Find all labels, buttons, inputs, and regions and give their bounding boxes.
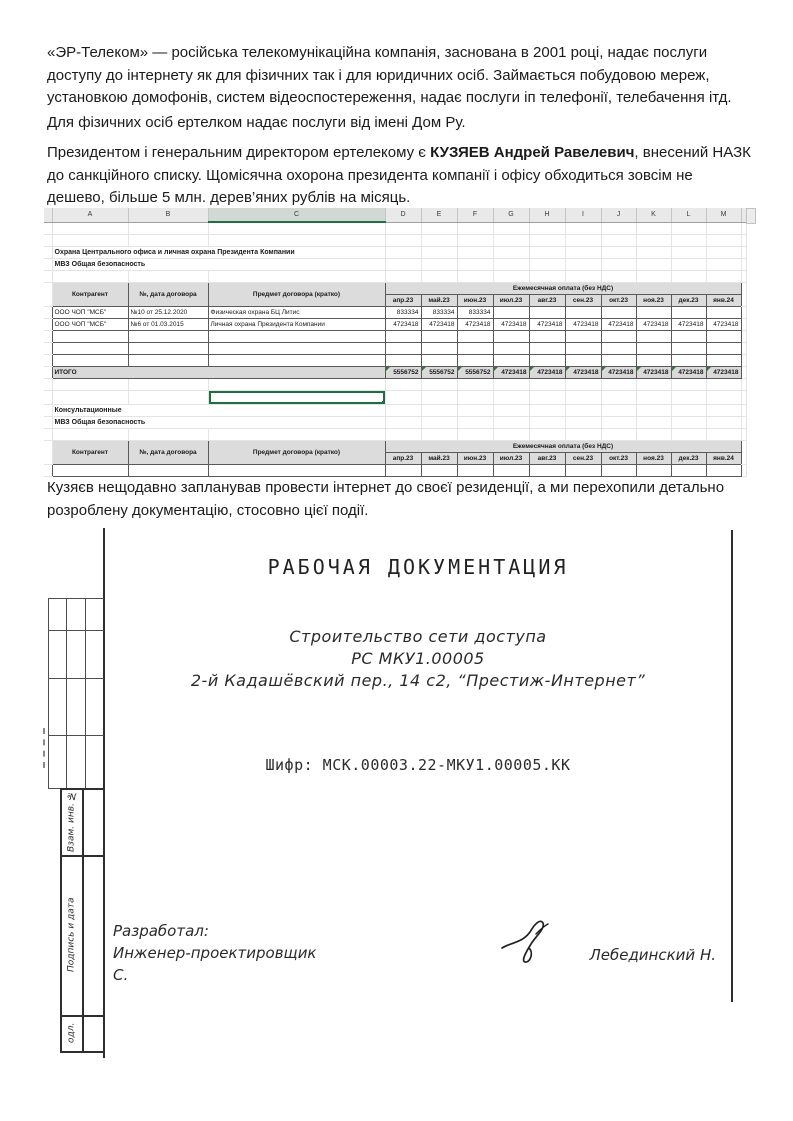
sheet-cell: [741, 391, 746, 405]
total-value-cell: 4723418: [671, 367, 706, 379]
cell-contractor: ООО ЧОП "МСБ": [52, 307, 128, 319]
sheet-cell: [52, 222, 128, 235]
cell-contract: №10 от 25.12.2020: [128, 307, 208, 319]
total-value-cell: 4723418: [529, 367, 565, 379]
sheet-cell: [208, 271, 385, 283]
signer-name: Лебединский Н.: [104, 946, 716, 964]
month-header-cell: янв.24: [706, 453, 741, 465]
sheet-cell: [421, 429, 457, 441]
sheet-cell: [529, 379, 565, 391]
sheet-cell: [385, 259, 421, 271]
section-title-cell: МВЗ Общая безопасность: [52, 259, 385, 271]
sheet-cell: [565, 429, 601, 441]
sheet-cell: [706, 391, 741, 405]
sheet-cell: [636, 271, 671, 283]
stamp-cell-line: [82, 788, 84, 1053]
cell-month-value: 4723418: [421, 319, 457, 331]
stamp-grid-line: [85, 598, 86, 788]
sheet-cell: [636, 465, 671, 477]
sheet-cell: [208, 331, 385, 343]
sheet-cell: [457, 405, 493, 417]
cell-month-value: [706, 307, 741, 319]
sheet-gutter: [44, 355, 52, 367]
month-header-cell: ноя.23: [636, 295, 671, 307]
sheet-corner: [44, 208, 52, 222]
sheet-gutter: [44, 429, 52, 441]
stamp-label-podpis: Подпись и дата: [61, 857, 82, 1013]
sheet-cell: [741, 355, 746, 367]
sheet-cell: [636, 391, 671, 405]
sheet-cell: [565, 379, 601, 391]
sheet-cell: [493, 379, 529, 391]
sheet-cell: [741, 465, 746, 477]
sheet-cell: [457, 379, 493, 391]
sheet-cell: [128, 379, 208, 391]
sheet-cell: [493, 259, 529, 271]
sheet-gutter: [44, 283, 52, 307]
sheet-cell: [741, 367, 746, 379]
sheet-cell: [636, 417, 671, 429]
sheet-cell: [385, 429, 421, 441]
sheet-cell: [421, 247, 457, 259]
paragraph-domru: Для фізичних осіб ертелком надає послуги…: [47, 112, 753, 135]
sheet-cell: [741, 247, 746, 259]
stamp-cell-line: [60, 1051, 104, 1053]
sheet-cell: [493, 429, 529, 441]
cell-month-value: 833334: [421, 307, 457, 319]
col-letter-cell: C: [208, 208, 385, 222]
sheet-cell: [706, 343, 741, 355]
col-letter-cell: J: [601, 208, 636, 222]
sheet-cell: [128, 271, 208, 283]
sheet-cell: [671, 222, 706, 235]
sheet-cell: [421, 331, 457, 343]
sheet-cell: [457, 331, 493, 343]
excel-sheet: ABCDEFGHIJKLMОхрана Центрального офиса и…: [44, 208, 747, 477]
sheet-gutter: [44, 235, 52, 247]
sheet-cell: [671, 429, 706, 441]
sheet-cell: [565, 331, 601, 343]
sheet-cell: [421, 355, 457, 367]
sheet-cell: [741, 307, 746, 319]
sheet-cell: [529, 465, 565, 477]
header-monthly: Ежемесячная оплата (без НДС): [385, 441, 741, 453]
col-letter-cell: I: [565, 208, 601, 222]
col-letter-cell: F: [457, 208, 493, 222]
sheet-cell: [565, 235, 601, 247]
sheet-cell: [493, 343, 529, 355]
cell-month-value: 4723418: [636, 319, 671, 331]
sheet-cell: [741, 379, 746, 391]
sheet-cell: [128, 331, 208, 343]
sheet-gutter: [44, 343, 52, 355]
sheet-cell: [385, 271, 421, 283]
header-monthly: Ежемесячная оплата (без НДС): [385, 283, 741, 295]
sheet-cell: [671, 259, 706, 271]
stamp-label-vzam: Взам. инв. №: [61, 790, 82, 853]
cell-month-value: [565, 307, 601, 319]
sheet-cell: [565, 271, 601, 283]
cell-month-value: [636, 307, 671, 319]
month-header-cell: авг.23: [529, 295, 565, 307]
doc-subtitle: Строительство сети доступа РС МКУ1.00005…: [104, 626, 732, 692]
sheet-cell: [421, 271, 457, 283]
sheet-cell: [208, 379, 385, 391]
sheet-cell: [208, 429, 385, 441]
sheet-cell: [706, 417, 741, 429]
sheet-cell: [636, 247, 671, 259]
sheet-cell: [493, 271, 529, 283]
sheet-cell: [741, 343, 746, 355]
stamp-grid-line: [48, 598, 49, 788]
sheet-cell: [493, 417, 529, 429]
sheet-cell: [565, 343, 601, 355]
sheet-cell: [208, 465, 385, 477]
sheet-cell: [385, 391, 421, 405]
sheet-cell: [706, 429, 741, 441]
month-header-cell: сен.23: [565, 295, 601, 307]
cell-month-value: [601, 307, 636, 319]
sheet-cell: [706, 331, 741, 343]
sheet-cell: [128, 222, 208, 235]
paragraph-president-pre: Президентом і генеральним директором ерт…: [47, 144, 430, 161]
month-header-cell: июн.23: [457, 453, 493, 465]
developed-label: Разработал:: [113, 920, 317, 942]
paragraph-residence: Кузяєв нещодавно запланував провести інт…: [47, 477, 753, 522]
sheet-cell: [52, 379, 128, 391]
sheet-cell: [529, 343, 565, 355]
sheet-cell: [493, 391, 529, 405]
sheet-cell: [385, 379, 421, 391]
cell-month-value: 833334: [457, 307, 493, 319]
total-value-cell: 4723418: [706, 367, 741, 379]
header-subject: Предмет договора (кратко): [208, 283, 385, 307]
sheet-cell: [706, 271, 741, 283]
sheet-cell: [529, 405, 565, 417]
doc-subtitle-line3: 2-й Кадашёвский пер., 14 с2, “Престиж-Ин…: [104, 670, 732, 692]
month-header-cell: окт.23: [601, 453, 636, 465]
sheet-cell: [52, 271, 128, 283]
sheet-cell: [457, 391, 493, 405]
sheet-cell: [128, 355, 208, 367]
sheet-cell: [457, 417, 493, 429]
sheet-cell: [421, 391, 457, 405]
sheet-cell: [601, 391, 636, 405]
sheet-cell: [671, 343, 706, 355]
sheet-cell: [457, 355, 493, 367]
sheet-cell: [457, 247, 493, 259]
sheet-cell: [671, 235, 706, 247]
cell-month-value: 4723418: [565, 319, 601, 331]
cell-contract: №6 от 01.03.2015: [128, 319, 208, 331]
sheet-cell: [128, 391, 208, 405]
sheet-cell: [636, 429, 671, 441]
section-title-cell: Консультационные: [52, 405, 385, 417]
total-value-cell: 4723418: [601, 367, 636, 379]
cell-month-value: 4723418: [601, 319, 636, 331]
col-letter-cell: G: [493, 208, 529, 222]
sheet-cell: [52, 429, 128, 441]
cell-month-value: 4723418: [457, 319, 493, 331]
sheet-cell: [565, 465, 601, 477]
paragraph-intro: «ЭР-Телеком» — російська телекомунікацій…: [47, 42, 753, 110]
sheet-cell: [493, 331, 529, 343]
sheet-cell: [671, 247, 706, 259]
sheet-cell: [671, 465, 706, 477]
col-letter-cell: K: [636, 208, 671, 222]
cell-month-value: [529, 307, 565, 319]
sheet-cell: [385, 235, 421, 247]
sheet-cell: [671, 271, 706, 283]
sheet-cell: [385, 355, 421, 367]
cell-contractor: ООО ЧОП "МСБ": [52, 319, 128, 331]
sheet-cell: [636, 405, 671, 417]
sheet-cell: [52, 355, 128, 367]
total-value-cell: 4723418: [636, 367, 671, 379]
sheet-cell: [128, 235, 208, 247]
cell-month-value: [671, 307, 706, 319]
header-contractor: Контрагент: [52, 441, 128, 465]
sheet-cell: [706, 379, 741, 391]
month-header-cell: сен.23: [565, 453, 601, 465]
sheet-gutter: [44, 331, 52, 343]
sheet-cell: [706, 222, 741, 235]
cell-month-value: 4723418: [706, 319, 741, 331]
sheet-cell: [706, 405, 741, 417]
sheet-gutter: [44, 307, 52, 319]
sheet-cell: [741, 429, 746, 441]
sheet-gutter: [44, 465, 52, 477]
sheet-cell: [208, 222, 385, 235]
total-label-cell: ИТОГО: [52, 367, 385, 379]
doc-subtitle-line1: Строительство сети доступа: [104, 626, 732, 648]
stamp-grid-line: [48, 598, 104, 599]
sheet-cell: [636, 259, 671, 271]
sheet-cell: [706, 235, 741, 247]
doc-cipher: Шифр: МСК.00003.22-МКУ1.00005.КК: [104, 756, 732, 774]
cell-month-value: [493, 307, 529, 319]
sheet-cell: [601, 343, 636, 355]
sheet-cell: [741, 417, 746, 429]
sheet-gutter: [44, 222, 52, 235]
sheet-cell: [128, 465, 208, 477]
sheet-cell: [529, 235, 565, 247]
header-contract: №, дата договора: [128, 283, 208, 307]
sheet-gutter: [44, 405, 52, 417]
sheet-cell: [706, 259, 741, 271]
sheet-cell: [208, 343, 385, 355]
sheet-gutter: [44, 259, 52, 271]
sheet-cell: [636, 331, 671, 343]
sheet-cell: [565, 259, 601, 271]
frame-left-border: [103, 528, 105, 1058]
total-value-cell: 5556752: [421, 367, 457, 379]
sheet-cell: [493, 465, 529, 477]
col-letter-cell: H: [529, 208, 565, 222]
sheet-cell: [601, 405, 636, 417]
cell-month-value: 4723418: [385, 319, 421, 331]
header-contract: №, дата договора: [128, 441, 208, 465]
sheet-cell: [52, 343, 128, 355]
sheet-cell: [457, 465, 493, 477]
sheet-gutter: [44, 367, 52, 379]
month-header-cell: июл.23: [493, 295, 529, 307]
cell-month-value: 4723418: [529, 319, 565, 331]
paragraph-president: Президентом і генеральним директором ерт…: [47, 142, 753, 210]
sheet-cell: [601, 429, 636, 441]
col-letter-cell: E: [421, 208, 457, 222]
sheet-cell: [529, 222, 565, 235]
sheet-cell: [421, 222, 457, 235]
sheet-cell: [671, 379, 706, 391]
sheet-cell: [671, 391, 706, 405]
sheet-cell: [565, 405, 601, 417]
spreadsheet-screenshot: ABCDEFGHIJKLMОхрана Центрального офиса и…: [44, 208, 756, 477]
selected-cell: [208, 391, 385, 405]
sheet-cell: [636, 343, 671, 355]
sheet-cell: [421, 259, 457, 271]
sheet-cell: [601, 235, 636, 247]
sheet-cell: [421, 235, 457, 247]
sheet-cell: [741, 283, 746, 307]
doc-title: РАБОЧАЯ ДОКУМЕНТАЦИЯ: [104, 555, 732, 579]
sheet-cell: [741, 405, 746, 417]
sheet-cell: [385, 331, 421, 343]
sheet-cell: [529, 355, 565, 367]
sheet-cell: [601, 417, 636, 429]
sheet-cell: [741, 441, 746, 465]
sheet-cell: [457, 259, 493, 271]
sheet-cell: [741, 259, 746, 271]
month-header-cell: ноя.23: [636, 453, 671, 465]
sheet-gutter: [44, 441, 52, 465]
sheet-cell: [565, 247, 601, 259]
page: «ЭР-Телеком» — російська телекомунікацій…: [0, 0, 793, 1121]
sheet-cell: [208, 355, 385, 367]
sheet-cell: [385, 343, 421, 355]
sheet-cell: [706, 247, 741, 259]
sheet-gutter: [44, 417, 52, 429]
sheet-cell: [741, 319, 746, 331]
sheet-cell: [385, 417, 421, 429]
sheet-gutter: [44, 271, 52, 283]
doc-subtitle-line2: РС МКУ1.00005: [104, 648, 732, 670]
sheet-cell: [421, 417, 457, 429]
sheet-cell: [601, 331, 636, 343]
sheet-cell: [493, 222, 529, 235]
sheet-cell: [493, 235, 529, 247]
sheet-cell: [565, 222, 601, 235]
sheet-cell: [565, 355, 601, 367]
header-subject: Предмет договора (кратко): [208, 441, 385, 465]
sheet-cell: [493, 355, 529, 367]
sheet-cell: [421, 465, 457, 477]
sheet-cell: [529, 417, 565, 429]
total-value-cell: 5556752: [385, 367, 421, 379]
sheet-cell: [636, 355, 671, 367]
sheet-cell: [128, 343, 208, 355]
sheet-cell: [421, 379, 457, 391]
sheet-cell: [493, 405, 529, 417]
fold-mark: [43, 728, 45, 768]
cell-month-value: 4723418: [493, 319, 529, 331]
col-letter-cell: B: [128, 208, 208, 222]
sheet-cell: [385, 222, 421, 235]
col-letter-cell: M: [706, 208, 741, 222]
month-header-cell: авг.23: [529, 453, 565, 465]
sheet-gutter: [44, 391, 52, 405]
month-header-cell: окт.23: [601, 295, 636, 307]
header-contractor: Контрагент: [52, 283, 128, 307]
sheet-cell: [457, 235, 493, 247]
sheet-cell: [493, 247, 529, 259]
stamp-grid-line: [48, 735, 104, 736]
sheet-cell: [601, 222, 636, 235]
sheet-scrollbar: [746, 208, 756, 224]
sheet-cell: [529, 331, 565, 343]
cell-month-value: 833334: [385, 307, 421, 319]
sheet-cell: [636, 222, 671, 235]
sheet-cell: [457, 343, 493, 355]
sheet-cell: [601, 355, 636, 367]
sheet-gutter: [44, 319, 52, 331]
sheet-cell: [636, 235, 671, 247]
cell-month-value: 4723418: [671, 319, 706, 331]
month-header-cell: май.23: [421, 453, 457, 465]
sheet-cell: [671, 355, 706, 367]
month-header-cell: дек.23: [671, 295, 706, 307]
sheet-gutter: [44, 379, 52, 391]
sheet-cell: [671, 417, 706, 429]
sheet-cell: [741, 235, 746, 247]
sheet-cell: [529, 391, 565, 405]
sheet-gutter: [44, 247, 52, 259]
sheet-cell: [601, 271, 636, 283]
sheet-cell: [741, 331, 746, 343]
sheet-cell: [208, 235, 385, 247]
month-header-cell: янв.24: [706, 295, 741, 307]
sheet-cell: [601, 247, 636, 259]
cell-subject: Личная охрана Президента Компании: [208, 319, 385, 331]
section-title-cell: МВЗ Общая безопасность: [52, 417, 385, 429]
sheet-cell: [52, 391, 128, 405]
sheet-cell: [601, 465, 636, 477]
total-value-cell: 5556752: [457, 367, 493, 379]
sheet-cell: [706, 355, 741, 367]
sheet-cell: [52, 235, 128, 247]
sheet-cell: [457, 222, 493, 235]
stamp-grid-line: [66, 598, 67, 788]
sheet-cell: [385, 405, 421, 417]
month-header-cell: апр.23: [385, 295, 421, 307]
stamp-grid-line: [48, 630, 104, 631]
sheet-cell: [565, 391, 601, 405]
month-header-cell: июн.23: [457, 295, 493, 307]
month-header-cell: апр.23: [385, 453, 421, 465]
month-header-cell: дек.23: [671, 453, 706, 465]
working-documentation-scan: Взам. инв. № Подпись и дата одл. РАБОЧАЯ…: [0, 528, 793, 1062]
sheet-cell: [529, 429, 565, 441]
sheet-cell: [529, 259, 565, 271]
stamp-grid-line: [48, 678, 104, 679]
sheet-cell: [741, 271, 746, 283]
sheet-cell: [128, 429, 208, 441]
month-header-cell: июл.23: [493, 453, 529, 465]
sheet-cell: [601, 379, 636, 391]
sheet-cell: [421, 405, 457, 417]
sheet-cell: [565, 417, 601, 429]
sheet-cell: [385, 247, 421, 259]
